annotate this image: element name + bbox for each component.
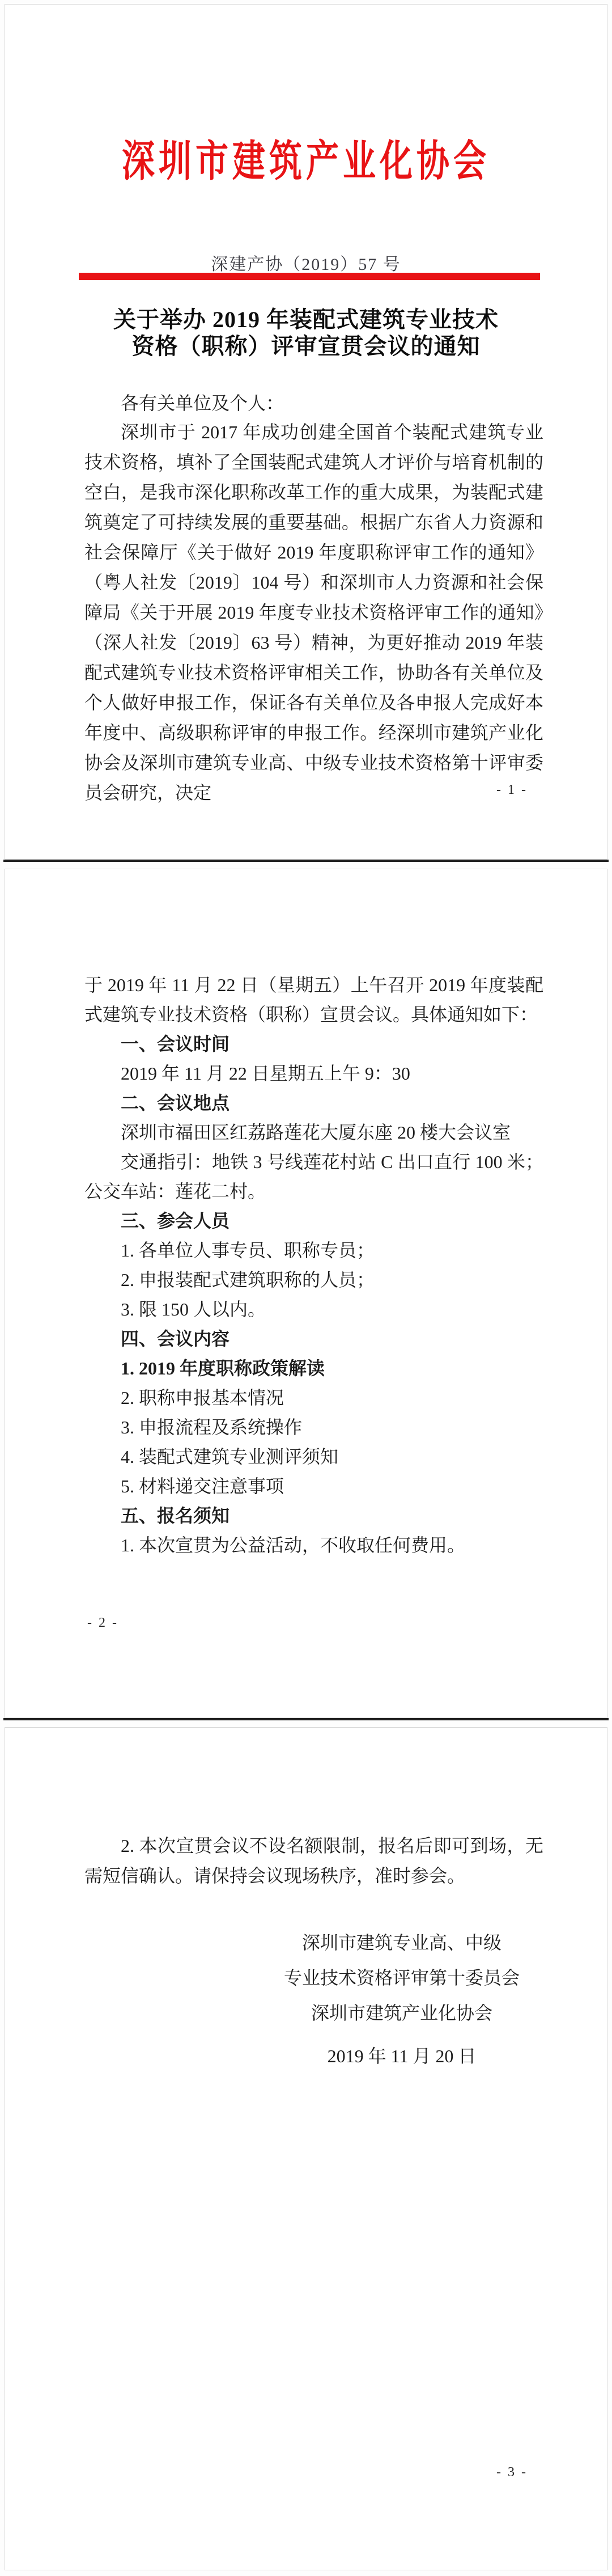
page-separator: [3, 1718, 609, 1720]
section-heading: 一、会议时间: [84, 1029, 543, 1059]
signature-block: 深圳市建筑专业高、中级专业技术资格评审第十委员会深圳市建筑产业化协会2019 年…: [260, 1925, 543, 2074]
page-separator: [3, 860, 609, 862]
body-paragraph: 深圳市于 2017 年成功创建全国首个装配式建筑专业技术资格，填补了全国装配式建…: [84, 417, 543, 808]
doc-title-line1: 关于举办 2019 年装配式建筑专业技术: [5, 306, 607, 333]
document-page-3: 2. 本次宣贯会议不设名额限制，报名后即可到场，无需短信确认。请保持会议现场秩序…: [5, 1727, 607, 2570]
section-item: 3. 申报流程及系统操作: [84, 1412, 543, 1442]
page-number-1: - 1 -: [496, 782, 528, 798]
section-item: 深圳市福田区红荔路莲花大厦东座 20 楼大会议室: [84, 1118, 543, 1147]
signature-line: 深圳市建筑专业高、中级: [260, 1925, 543, 1960]
section-item: 1. 各单位人事专员、职称专员；: [84, 1236, 543, 1265]
section-item: 2. 申报装配式建筑职称的人员；: [84, 1265, 543, 1295]
page-number-2: - 2 -: [87, 1615, 118, 1631]
section-heading: 五、报名须知: [84, 1501, 543, 1530]
signature-line: 深圳市建筑产业化协会: [260, 1995, 543, 2031]
section-item: 4. 装配式建筑专业测评须知: [84, 1442, 543, 1471]
document-page-1: 深圳市建筑产业化协会 深建产协（2019）57 号 关于举办 2019 年装配式…: [5, 4, 607, 860]
doc-title-line2: 资格（职称）评审宣贯会议的通知: [5, 333, 607, 359]
red-divider-rule: [79, 273, 540, 280]
page2-content: 于 2019 年 11 月 22 日（星期五）上午召开 2019 年度装配式建筑…: [84, 970, 543, 1560]
intro-paragraph: 于 2019 年 11 月 22 日（星期五）上午召开 2019 年度装配式建筑…: [84, 970, 543, 1029]
section-heading: 四、会议内容: [84, 1324, 543, 1353]
org-title: 深圳市建筑产业化协会: [5, 126, 607, 188]
section-item: 2019 年 11 月 22 日星期五上午 9：30: [84, 1059, 543, 1088]
signature-line: 专业技术资格评审第十委员会: [260, 1960, 543, 1995]
section-item: 1. 本次宣贯为公益活动，不收取任何费用。: [84, 1530, 543, 1560]
section-item: 5. 材料递交注意事项: [84, 1471, 543, 1501]
document-page-2: 于 2019 年 11 月 22 日（星期五）上午召开 2019 年度装配式建筑…: [5, 869, 607, 1718]
section-heading: 三、参会人员: [84, 1206, 543, 1236]
section-item: 2. 职称申报基本情况: [84, 1383, 543, 1412]
section-item: 3. 限 150 人以内。: [84, 1295, 543, 1324]
page-number-3: - 3 -: [496, 2465, 528, 2480]
signature-date: 2019 年 11 月 20 日: [260, 2038, 543, 2074]
salutation: 各有关单位及个人：: [84, 389, 543, 415]
section-item: 1. 2019 年度职称政策解读: [84, 1353, 543, 1383]
section-heading: 二、会议地点: [84, 1088, 543, 1118]
doc-number: 深建产协（2019）57 号: [5, 250, 607, 275]
sections: 一、会议时间2019 年 11 月 22 日星期五上午 9：30二、会议地点深圳…: [84, 1029, 543, 1560]
doc-title: 关于举办 2019 年装配式建筑专业技术 资格（职称）评审宣贯会议的通知: [5, 306, 607, 359]
section-item: 交通指引：地铁 3 号线莲花村站 C 出口直行 100 米；公交车站：莲花二村。: [84, 1147, 543, 1206]
closing-paragraph: 2. 本次宣贯会议不设名额限制，报名后即可到场，无需短信确认。请保持会议现场秩序…: [84, 1831, 543, 1891]
